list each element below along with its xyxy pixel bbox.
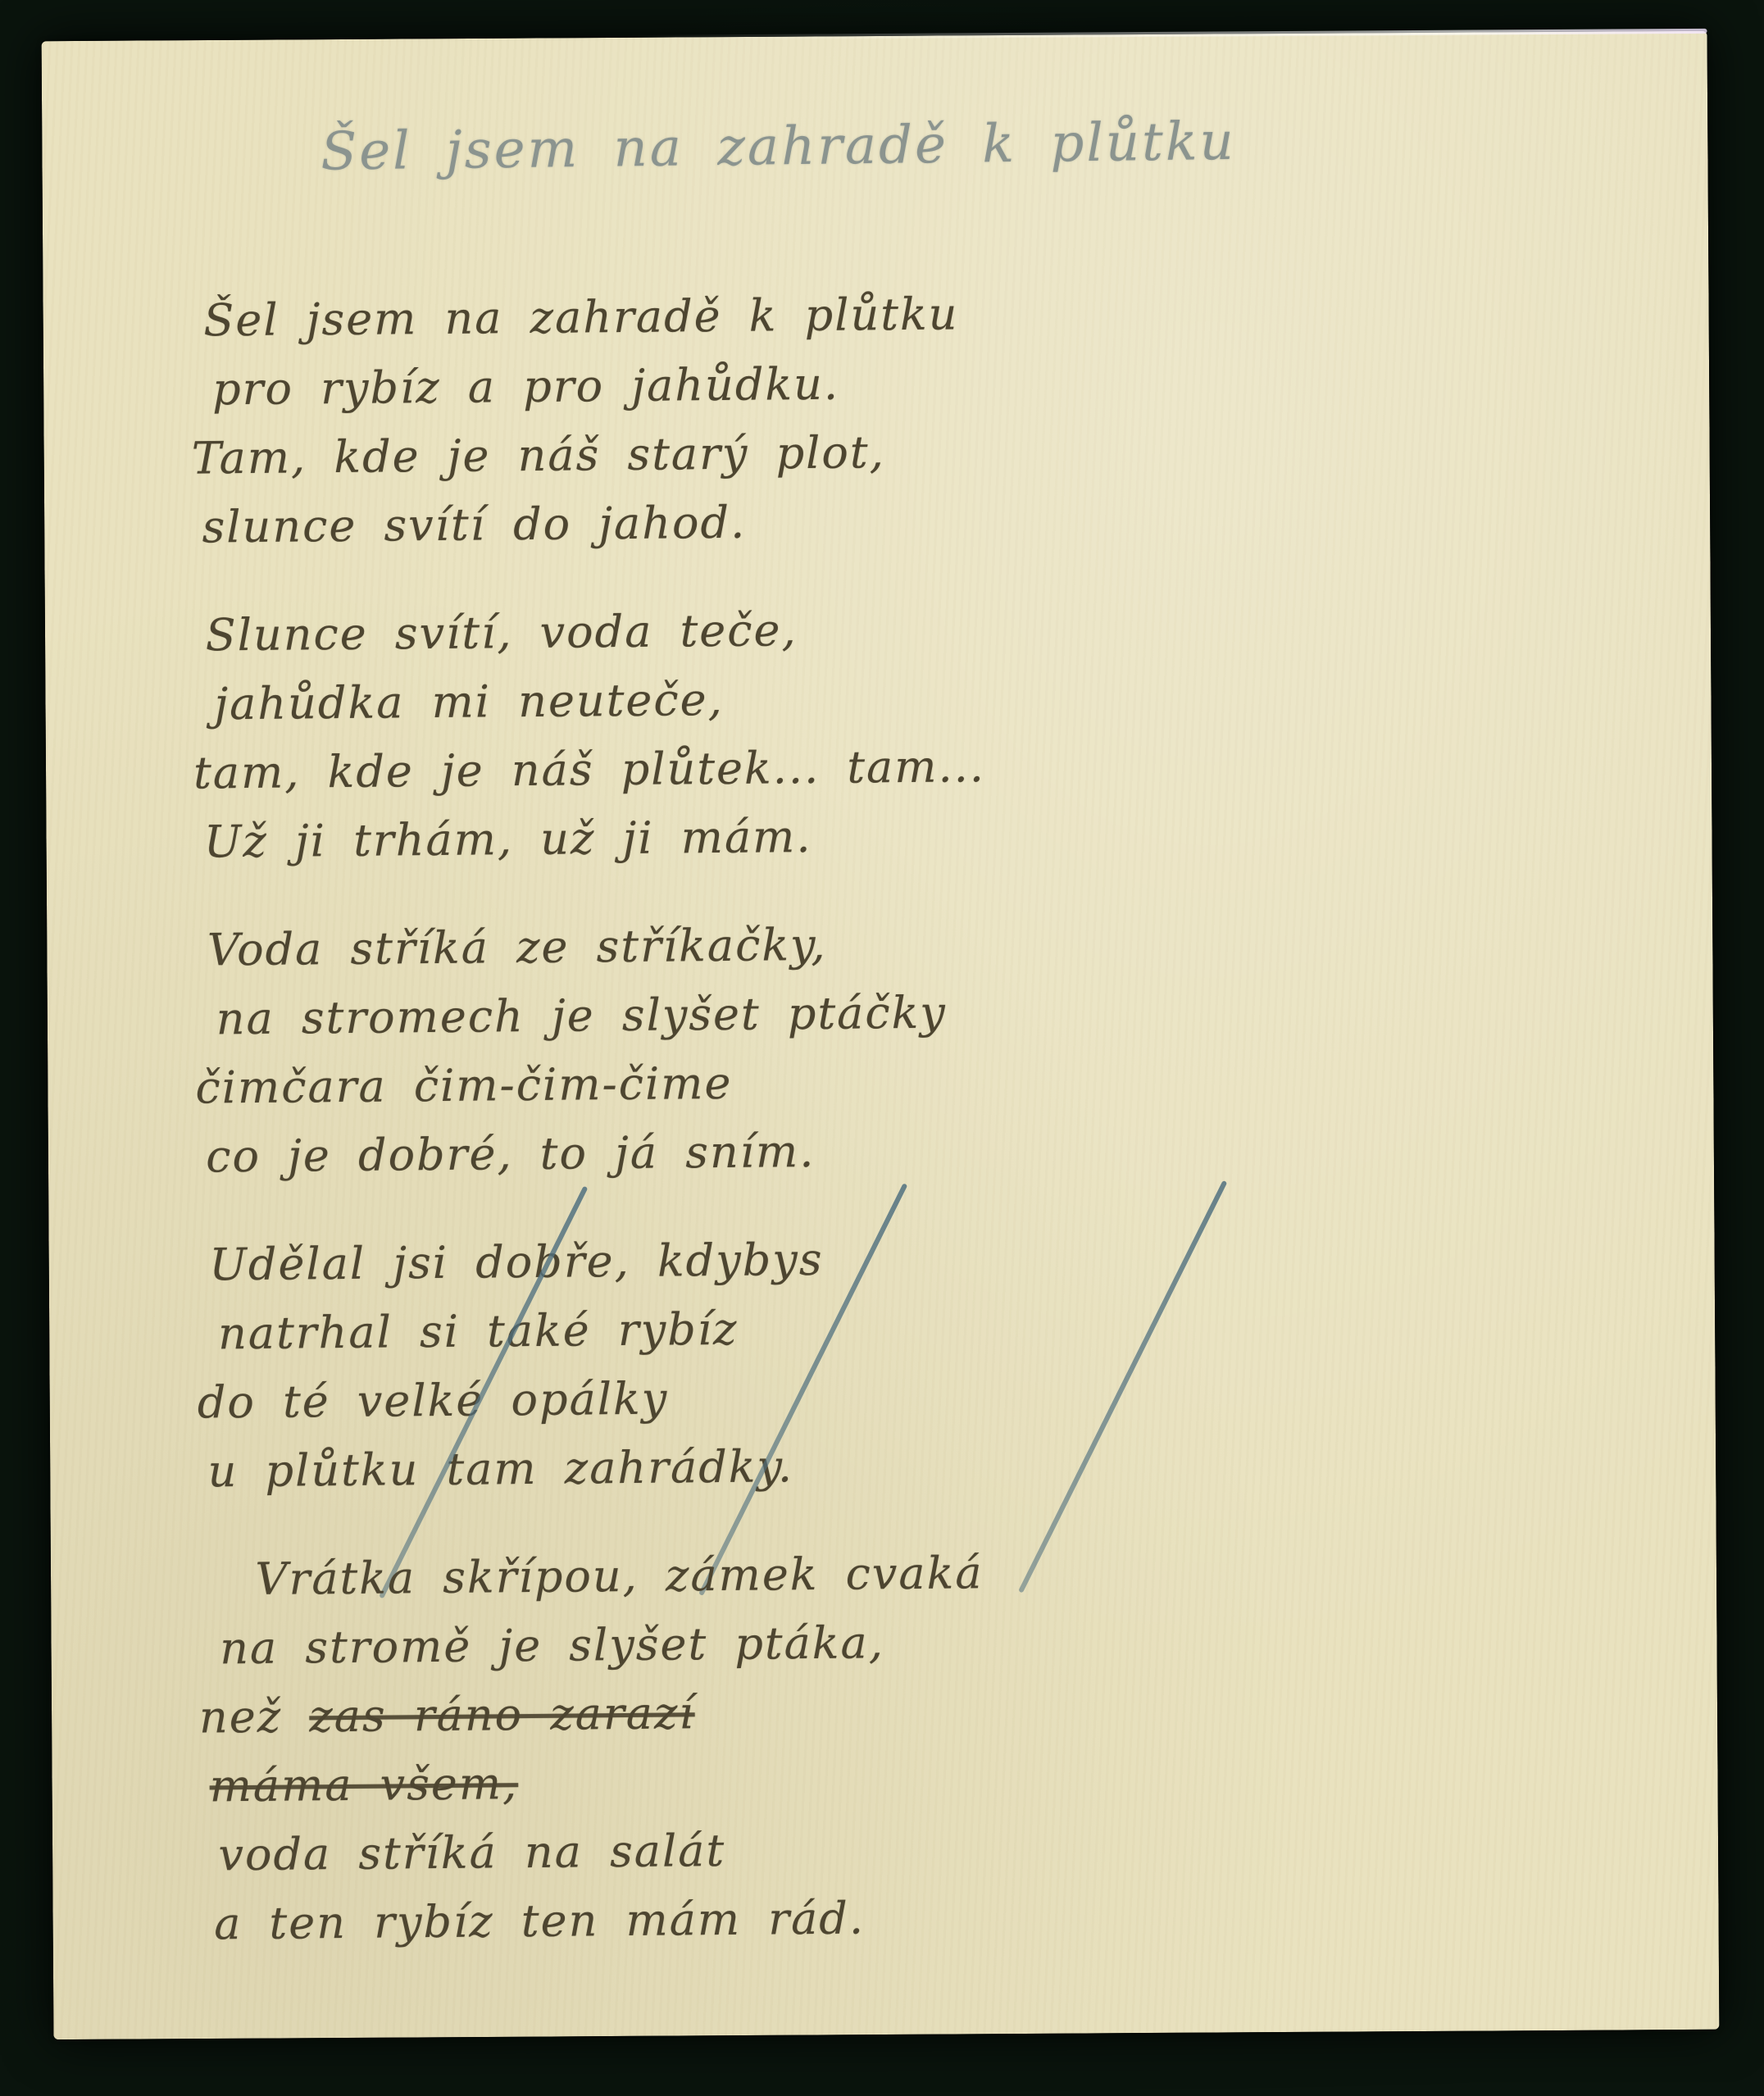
poem-line-text-struck: máma všem, bbox=[209, 1757, 518, 1812]
poem-line: pro rybíz a pro jahůdku. bbox=[212, 342, 1710, 424]
poem-line-text: Tam, kde je náš starý plot, bbox=[192, 426, 886, 484]
poem-line: co je dobré, to já sním. bbox=[206, 1109, 1715, 1191]
poem-line-text: u plůtku tam zahrádky. bbox=[207, 1440, 793, 1497]
poem-line: slunce svítí do jahod. bbox=[202, 480, 1711, 562]
poem-line-text: na stromě je slyšet ptáka, bbox=[220, 1616, 884, 1674]
poem-line: Vrátka skřípou, zámek cvaká bbox=[255, 1532, 1716, 1614]
poem-title: Šel jsem na zahradě k plůtku bbox=[321, 106, 1708, 182]
poem-line: Udělal jsi dobře, kdybys bbox=[209, 1217, 1715, 1299]
poem-body: Šel jsem na zahradě k plůtkupro rybíz a … bbox=[203, 275, 1718, 1957]
poem-stanza: Udělal jsi dobře, kdybysnatrhal si také … bbox=[209, 1217, 1716, 1506]
poem-line: natrhal si také rybíz bbox=[218, 1286, 1716, 1368]
poem-line-text: do té velké opálky bbox=[198, 1373, 669, 1429]
poem-line: tam, kde je náš plůtek... tam... bbox=[193, 725, 1712, 807]
poem-line-text: Voda stříká ze stříkačky, bbox=[207, 919, 827, 976]
poem-line-text: Udělal jsi dobře, kdybys bbox=[209, 1234, 824, 1291]
poem-stanza: Slunce svítí, voda teče,jahůdka mi neute… bbox=[205, 588, 1712, 876]
poem-line-text: co je dobré, to já sním. bbox=[206, 1125, 816, 1182]
poem-line-text: natrhal si také rybíz bbox=[218, 1303, 739, 1360]
poem-line: máma všem, bbox=[209, 1739, 1718, 1821]
poem-line-text: Šel jsem na zahradě k plůtku bbox=[203, 288, 959, 346]
poem-line: Tam, kde je náš starý plot, bbox=[191, 411, 1710, 493]
poem-line: než zas ráno zarazí bbox=[199, 1670, 1718, 1752]
poem-line-text: tam, kde je náš plůtek... tam... bbox=[193, 740, 985, 798]
poem-stanza: Voda stříká ze stříkačky,na stromech je … bbox=[207, 903, 1715, 1191]
poem-line-text: než bbox=[199, 1690, 310, 1743]
photo-background: Šel jsem na zahradě k plůtku Šel jsem na… bbox=[0, 0, 1764, 2096]
poem-line: Šel jsem na zahradě k plůtku bbox=[203, 273, 1709, 355]
poem-line: Už ji trhám, už ji mám. bbox=[204, 794, 1713, 876]
poem-line: čimčara čim-čim-čime bbox=[195, 1040, 1714, 1122]
poem-line: voda stříká na salát bbox=[218, 1807, 1719, 1889]
poem-line-text: Slunce svítí, voda teče, bbox=[205, 604, 797, 661]
poem-line-text: voda stříká na salát bbox=[218, 1825, 725, 1880]
poem-line-text: čimčara čim-čim-čime bbox=[195, 1057, 732, 1114]
poem-line-text: jahůdka mi neuteče, bbox=[214, 674, 724, 730]
poem-line-text: slunce svítí do jahod. bbox=[202, 497, 746, 553]
poem-line: do té velké opálky bbox=[197, 1355, 1716, 1437]
manuscript-paper: Šel jsem na zahradě k plůtku Šel jsem na… bbox=[42, 31, 1720, 2039]
poem-stanza: Vrátka skřípou, zámek cvakána stromě je … bbox=[211, 1532, 1719, 1958]
poem-line: Voda stříká ze stříkačky, bbox=[207, 903, 1713, 984]
paper-edge-highlight bbox=[42, 29, 1707, 43]
poem-line-text: na stromech je slyšet ptáčky bbox=[216, 987, 947, 1045]
poem-line-text: Už ji trhám, už ji mám. bbox=[204, 811, 812, 867]
poem-line: na stromě je slyšet ptáka, bbox=[220, 1601, 1717, 1683]
poem-line-text: a ten rybíz ten mám rád. bbox=[214, 1892, 865, 1949]
poem-stanza: Šel jsem na zahradě k plůtkupro rybíz a … bbox=[203, 273, 1711, 562]
poem-line-text: pro rybíz a pro jahůdku. bbox=[212, 358, 840, 416]
poem-line-text: Vrátka skřípou, zámek cvaká bbox=[255, 1547, 984, 1605]
poem-line: a ten rybíz ten mám rád. bbox=[214, 1876, 1720, 1958]
poem-line-text-struck: zas ráno zarazí bbox=[309, 1687, 695, 1742]
poem-line: jahůdka mi neuteče, bbox=[214, 657, 1712, 739]
poem-line: na stromech je slyšet ptáčky bbox=[216, 971, 1713, 1053]
poem-line: Slunce svítí, voda teče, bbox=[205, 588, 1711, 670]
